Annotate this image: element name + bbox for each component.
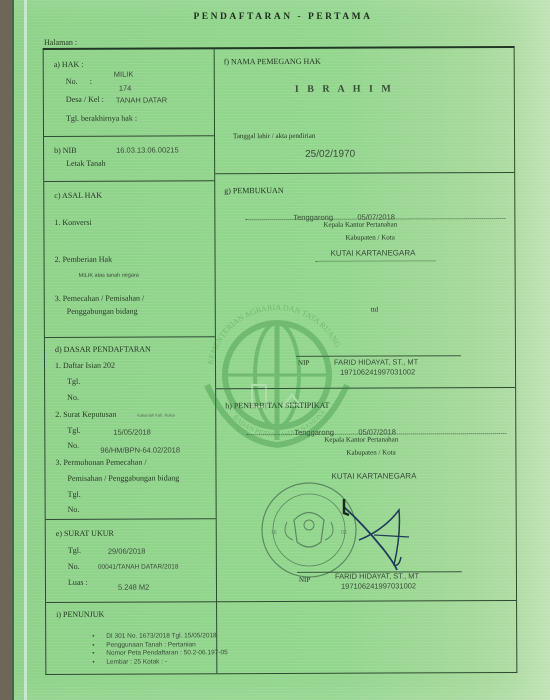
penerbitan-official-name: FARID HIDAYAT, ST., MT	[335, 571, 419, 580]
dasar-item-surat: 2. Surat Keputusan	[55, 410, 116, 419]
pembukuan-heading: g) PEMBUKUAN	[224, 186, 283, 195]
asal-item-pemberian: 2. Pemberian Hak	[55, 255, 113, 264]
nib-heading: b) NIB	[54, 146, 76, 155]
dasar-item3-line2: Pemisahan / Penggabungan bidang	[67, 473, 179, 482]
pembukuan-official-nip: 197106241997031002	[340, 367, 415, 376]
dasar-item1-tgl: Tgl.	[67, 377, 80, 386]
page-edge	[24, 0, 27, 700]
pembukuan-ttd: ttd	[371, 306, 378, 314]
dasar-item1-no: No.	[67, 393, 79, 402]
page-label: Halaman :	[44, 38, 77, 47]
berakhir-label: Tgl. berakhirnya hak :	[66, 114, 137, 123]
su-no-value: 00041/TANAH DATAR/2018	[98, 563, 179, 570]
penunjuk-list: DI 301 No. 1673/2018 Tgl. 15/05/2018 Pen…	[106, 632, 228, 667]
holder-name: I B R A H I M	[295, 84, 394, 95]
dasar-item2-tgl-label: Tgl.	[67, 426, 80, 435]
su-no-label: No.	[68, 562, 80, 571]
dasar-item-daftar: 1. Daftar Isian 202	[55, 361, 115, 370]
hak-heading: a) HAK :	[54, 60, 84, 69]
penunjuk-heading: i) PENUNJUK	[56, 610, 104, 619]
section-surat-ukur: e) SURAT UKUR Tgl. 29/06/2018 No. 00041/…	[46, 518, 216, 602]
su-tgl-label: Tgl.	[68, 546, 81, 555]
asal-hak-heading: c) ASAL HAK	[54, 191, 102, 200]
asal-item-pemecahan: 3. Pemecahan / Pemisahan /	[55, 294, 145, 303]
dasar-item2-tgl-value: 15/05/2018	[113, 428, 151, 437]
penunjuk-item: DI 301 No. 1673/2018 Tgl. 15/05/2018	[106, 632, 227, 641]
penunjuk-item: Lembar : 25 Kotak : -	[106, 658, 227, 667]
dasar-item2-note: Kakantah Kab. Kukar	[137, 412, 175, 417]
penerbitan-kepala: Kepala Kantor Pertanahan	[324, 435, 398, 443]
hak-no-value: 174	[119, 84, 132, 93]
su-tgl-value: 29/06/2018	[108, 547, 146, 556]
penerbitan-nip-label: NIP	[299, 576, 310, 584]
penunjuk-item: Nomor Peta Pendaftaran : 50.2-06.197-05	[106, 649, 227, 658]
pembukuan-official-name: FARID HIDAYAT, ST., MT	[334, 357, 418, 366]
left-column: a) HAK : MILIK No. : 174 Desa / Kel : TA…	[44, 49, 218, 674]
right-column: f) NAMA PEMEGANG HAK I B R A H I M Tangg…	[215, 48, 517, 673]
dasar-item-permohonan: 3. Permohonan Pemecahan /	[55, 458, 146, 467]
pembukuan-kabupaten: Kabupaten / Kota	[345, 233, 394, 241]
hak-type: MILIK	[114, 70, 134, 79]
section-hak: a) HAK : MILIK No. : 174 Desa / Kel : TA…	[44, 49, 214, 137]
pembukuan-kota: KUTAI KARTANEGARA	[331, 248, 416, 257]
penerbitan-kabupaten: Kabupaten / Kota	[346, 448, 395, 456]
dasar-item3-tgl: Tgl.	[68, 490, 81, 499]
pembukuan-kepala: Kepala Kantor Pertanahan	[323, 220, 397, 228]
section-pemegang: f) NAMA PEMEGANG HAK I B R A H I M Tangg…	[215, 48, 515, 174]
desa-label: Desa / Kel :	[66, 95, 104, 104]
pemegang-heading: f) NAMA PEMEGANG HAK	[224, 57, 321, 66]
document-title: PENDAFTARAN - PERTAMA	[14, 12, 550, 22]
dasar-item3-no: No.	[68, 505, 80, 514]
desa-value: TANAH DATAR	[116, 95, 167, 104]
certificate-page: PENDAFTARAN - PERTAMA Halaman : a) HAK :…	[12, 0, 550, 700]
surat-ukur-heading: e) SURAT UKUR	[56, 529, 114, 538]
su-luas-value: 5.248 M2	[118, 583, 149, 592]
su-luas-label: Luas :	[68, 578, 88, 587]
section-nib: b) NIB 16.03.13.06.00215 Letak Tanah	[44, 135, 214, 182]
section-penerbitan: h) PENERBITAN SERTIPIKAT Tenggarong 05/0…	[216, 387, 516, 601]
penerbitan-kota: KUTAI KARTANEGARA	[331, 471, 416, 480]
registration-table: a) HAK : MILIK No. : 174 Desa / Kel : TA…	[43, 46, 518, 675]
section-pembukuan: g) PEMBUKUAN Tenggarong 05/07/2018 Kepal…	[215, 172, 515, 389]
nib-value: 16.03.13.06.00215	[116, 145, 179, 154]
dasar-item2-no-value: 96/HM/BPN-64.02/2018	[100, 445, 180, 454]
section-penunjuk: i) PENUNJUK DI 301 No. 1673/2018 Tgl. 15…	[46, 600, 516, 674]
penerbitan-heading: h) PENERBITAN SERTIPIKAT	[225, 401, 329, 410]
birth-date-label: Tanggal lahir / akta pendirian	[233, 132, 315, 140]
dasar-item2-no-label: No.	[67, 441, 79, 450]
section-asal-hak: c) ASAL HAK 1. Konversi 2. Pemberian Hak…	[44, 180, 215, 338]
pembukuan-nip-label: NIP	[298, 359, 309, 367]
hak-no-label: No.	[66, 77, 78, 86]
penerbitan-official-nip: 197106241997031002	[341, 581, 416, 590]
section-dasar: d) DASAR PENDAFTARAN 1. Daftar Isian 202…	[45, 336, 216, 520]
asal-item-penggabungan: Penggabungan bidang	[67, 307, 138, 316]
birth-date-value: 25/02/1970	[305, 149, 355, 160]
asal-item-konversi: 1. Konversi	[54, 218, 91, 227]
dasar-heading: d) DASAR PENDAFTARAN	[55, 345, 151, 354]
letak-tanah-label: Letak Tanah	[66, 159, 106, 168]
asal-item-pemberian-value: MILIK atas tanah negara	[79, 273, 139, 279]
